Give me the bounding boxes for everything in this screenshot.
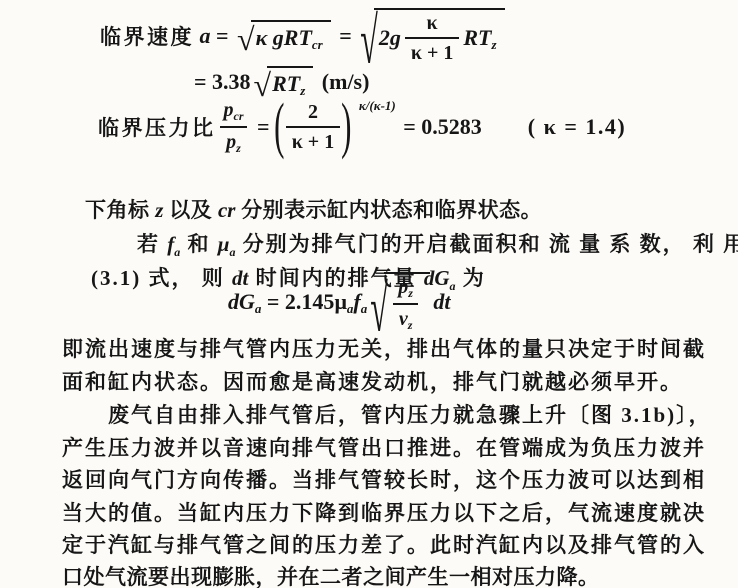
exponent: κ/(κ-1) bbox=[359, 98, 396, 114]
var-kgRT: κ gRT bbox=[256, 25, 312, 51]
subscript-a: a bbox=[255, 301, 262, 317]
subscript-a: a bbox=[347, 301, 354, 317]
fraction-pz-vz: pz vz bbox=[393, 277, 419, 331]
equals-sign: = bbox=[252, 114, 276, 140]
var-a: a bbox=[194, 23, 211, 49]
paragraph-wave-line2: 产生压力波并以音速向排气管出口推进。在管端成为负压力波并 bbox=[62, 436, 706, 461]
fraction-kappa: κκ + 1 bbox=[405, 13, 460, 63]
equals-value: = 0.5283 bbox=[398, 114, 482, 140]
subscript-z: z bbox=[408, 318, 413, 332]
fraction-2-kappa: 2 κ + 1 bbox=[286, 102, 341, 152]
paragraph-wave-line6: 口处气流要出现膨胀，并在二者之间产生一相对压力降。 bbox=[62, 565, 600, 588]
sqrt-2g-kappa-RTz: √ 2gκκ + 1RTz bbox=[360, 8, 504, 64]
fraction-denominator: vz bbox=[393, 303, 419, 331]
big-paren-right: ) bbox=[341, 102, 351, 152]
text-segment: 为 bbox=[456, 266, 486, 290]
text-segment: (3.1) 式， 则 bbox=[91, 266, 232, 290]
fraction-denominator: κ + 1 bbox=[405, 37, 460, 63]
big-paren-left: ( bbox=[274, 102, 284, 152]
equals-sign: = bbox=[211, 23, 235, 49]
equals-value: = 2.145 bbox=[261, 289, 334, 315]
sqrt-kgRTcr: √ κ gRTcr bbox=[237, 20, 331, 52]
subscript-cr: cr bbox=[312, 37, 323, 53]
fraction-numerator: κ bbox=[423, 13, 442, 37]
textbook-page: 临界速度 a = √ κ gRTcr = √ 2gκκ + 1RTz = 3.3… bbox=[0, 0, 738, 588]
parenthesized-fraction: ( 2 κ + 1 ) κ/(κ-1) bbox=[277, 102, 396, 152]
radicand: pz vz bbox=[384, 272, 431, 332]
subscript-z: z bbox=[408, 286, 413, 300]
fraction-numerator: 2 bbox=[304, 102, 322, 126]
exhaust-quantity-formula: dG a = 2.145 μ a f a √ pz vz dt bbox=[228, 272, 451, 332]
var-dG: dG bbox=[228, 289, 255, 315]
unit-ms: (m/s) bbox=[316, 69, 369, 95]
critical-velocity-formula: 临界速度 a = √ κ gRTcr = √ 2gκκ + 1RTz bbox=[100, 8, 508, 64]
var-mu: μ bbox=[334, 289, 346, 315]
radical-sign: √ bbox=[360, 13, 378, 67]
radical-sign: √ bbox=[370, 281, 388, 335]
equals-value: = 3.38 bbox=[194, 69, 251, 95]
var-f: f bbox=[353, 289, 360, 315]
var-p: p bbox=[398, 276, 408, 298]
paragraph-wave-line4: 当大的值。当缸内压力下降到临界压力以下之后，气流速度就决 bbox=[62, 501, 706, 526]
var-p: p bbox=[226, 131, 236, 153]
subscript-z: z bbox=[236, 141, 241, 155]
paragraph-wave-line3: 返回向气门方向传播。当排气管较长时，这个压力波可以达到相 bbox=[62, 468, 706, 493]
equals-sign: = bbox=[334, 23, 358, 49]
fraction-denominator: pz bbox=[220, 126, 247, 154]
radicand: 2gκκ + 1RTz bbox=[374, 8, 505, 64]
var-p: p bbox=[224, 99, 234, 121]
formula-label-critical-pressure: 临界压力比 bbox=[98, 112, 216, 142]
subscript-a: a bbox=[361, 301, 368, 317]
fraction-denominator: κ + 1 bbox=[286, 126, 341, 152]
radicand: κ gRTcr bbox=[251, 20, 331, 52]
kappa-condition: ( κ = 1.4) bbox=[528, 114, 626, 140]
var-RT: RT bbox=[463, 25, 491, 51]
fraction-numerator: pcr bbox=[220, 100, 248, 126]
paragraph-wave-line1: 废气自由排入排气管后，管内压力就急骤上升〔图 3.1b)〕， bbox=[108, 403, 712, 428]
fraction-pcr-pz: pcr pz bbox=[220, 100, 248, 154]
critical-pressure-formula: 临界压力比 pcr pz = ( 2 κ + 1 ) κ/(κ-1) = 0.5… bbox=[98, 100, 626, 154]
sqrt-pz-vz: √ pz vz bbox=[370, 272, 430, 332]
formula-label-critical-velocity: 临界速度 bbox=[100, 21, 194, 51]
subscript-cr: cr bbox=[234, 109, 244, 123]
var-2g: 2g bbox=[379, 25, 401, 51]
subscript-z: z bbox=[300, 83, 305, 99]
var-v: v bbox=[399, 308, 408, 330]
paragraph-conclusion-line2: 面和缸内状态。因而愈是高速发动机，排气门就越必须早开。 bbox=[62, 370, 683, 395]
paragraph-conclusion-line1: 即流出速度与排气管内压力无关，排出气体的量只决定于时间截 bbox=[62, 337, 706, 362]
paragraph-wave-line5: 定于汽缸与排气管之间的压力差了。此时汽缸内以及排气管的入 bbox=[62, 533, 706, 558]
subscript-z: z bbox=[491, 37, 496, 53]
var-dt: dt bbox=[433, 289, 450, 315]
fraction-numerator: pz bbox=[394, 277, 417, 303]
